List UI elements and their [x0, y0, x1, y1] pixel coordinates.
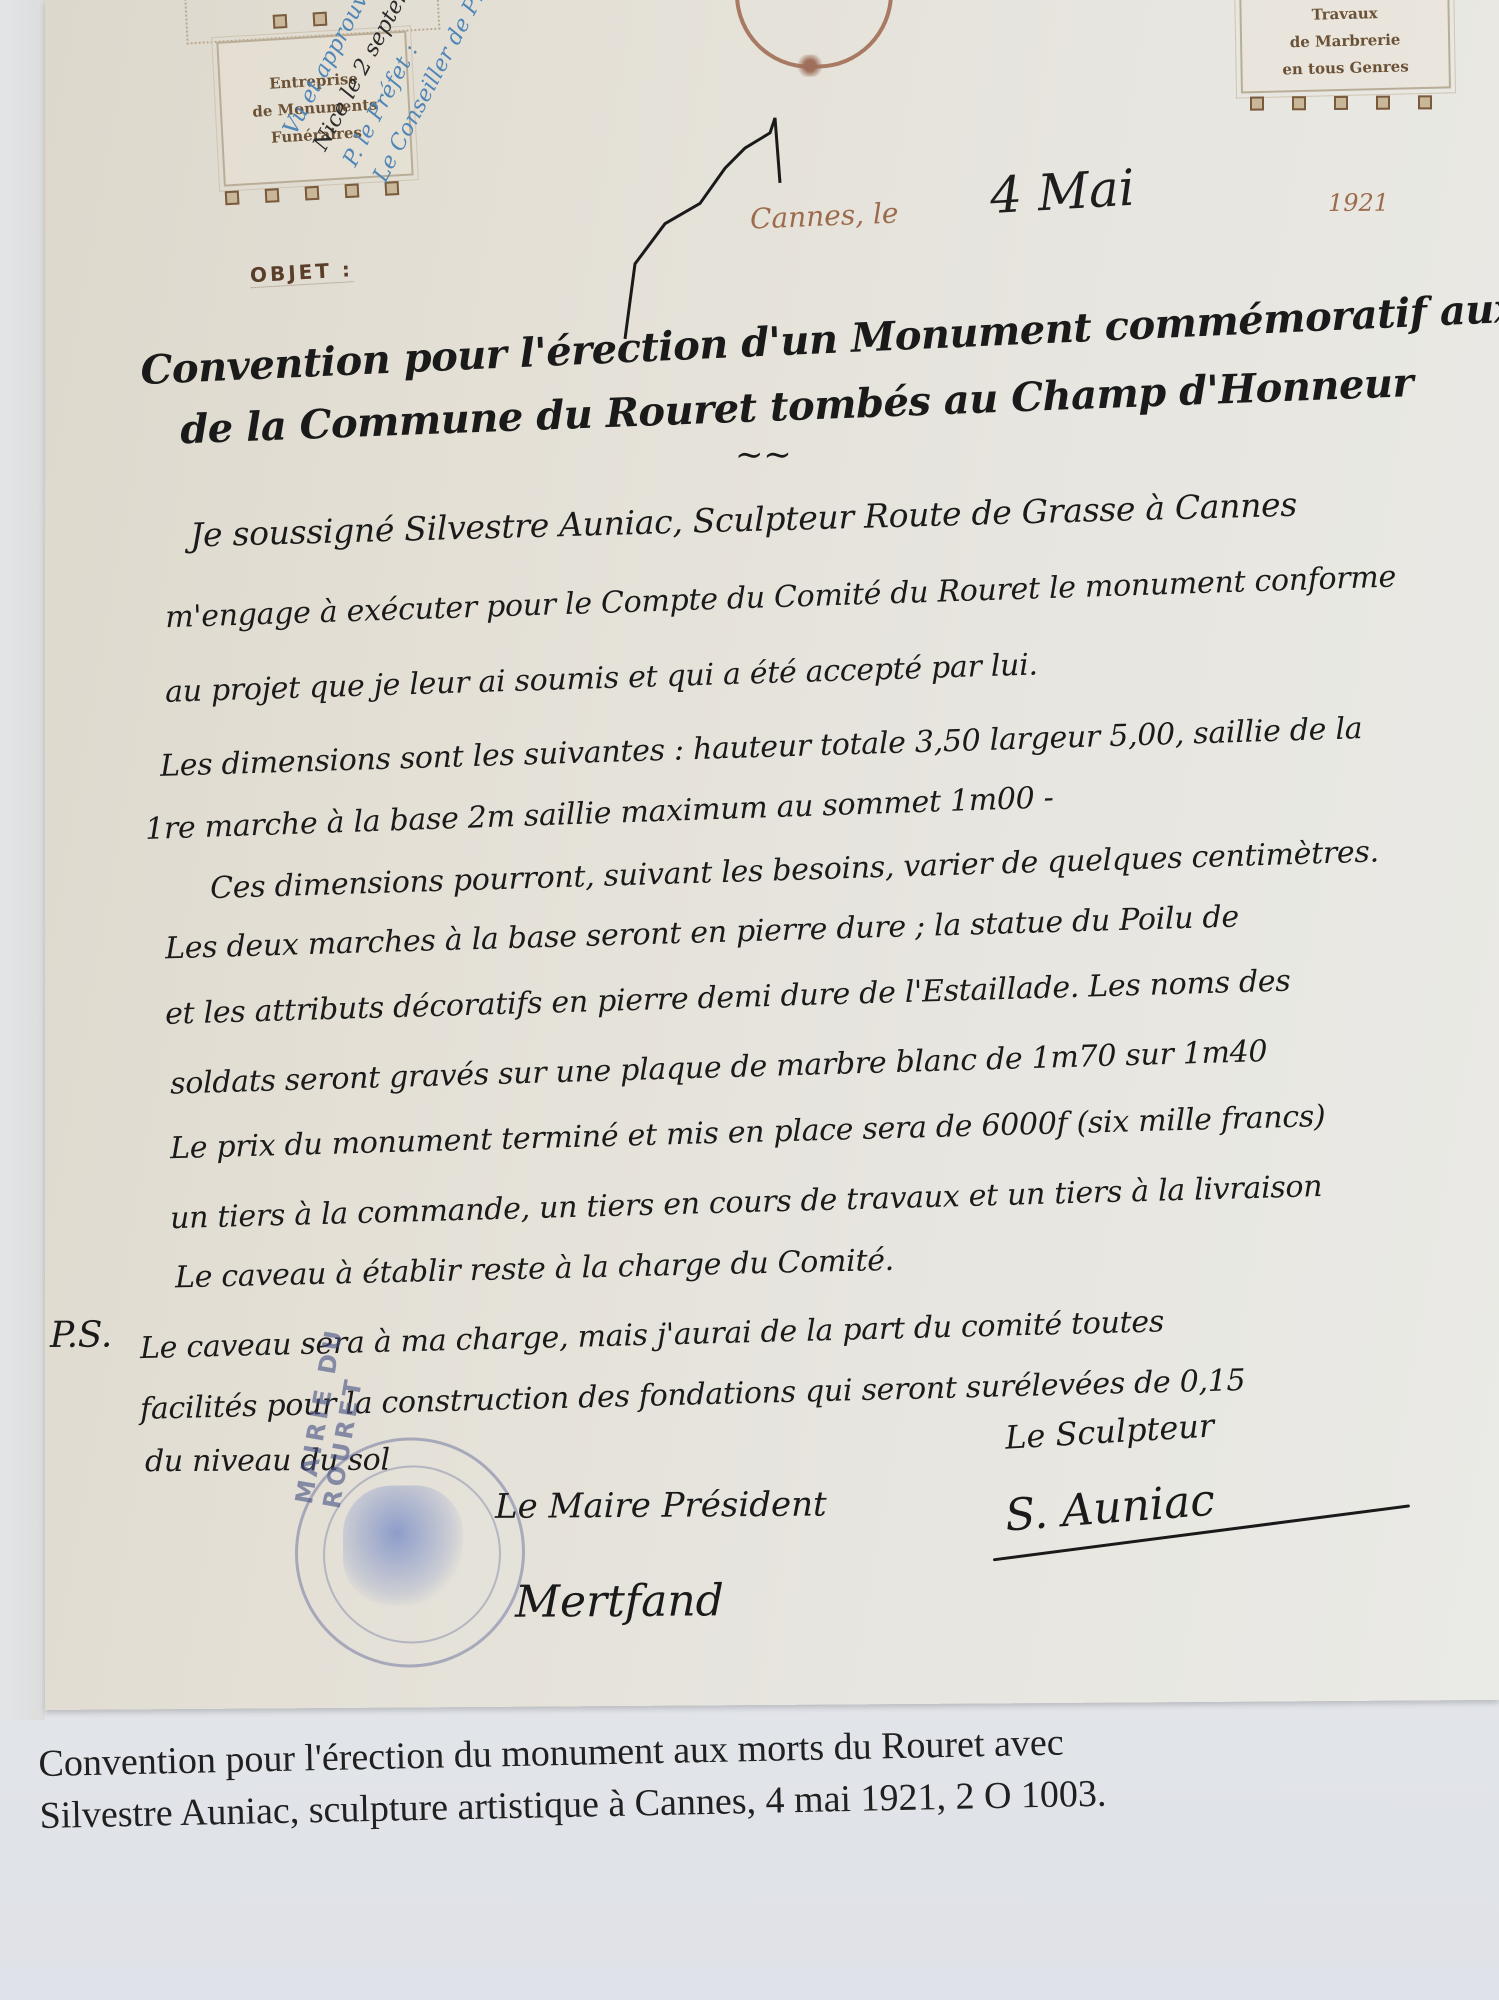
stamp-emblem-icon — [343, 1485, 463, 1606]
mayor-label: Le Maire Président — [495, 1485, 827, 1527]
date-day: 4 Mai — [989, 159, 1137, 225]
medallion-pendant-icon — [795, 55, 825, 77]
body-line: au projet que je leur ai soumis et qui a… — [165, 647, 1038, 709]
body-line: un tiers à la commande, un tiers en cour… — [170, 1169, 1323, 1236]
body-line: Les dimensions sont les suivantes : haut… — [160, 711, 1363, 784]
letterhead-right-line: en tous Genres — [1242, 52, 1448, 84]
body-line: Ces dimensions pourront, suivant les bes… — [210, 834, 1379, 906]
ps-label: P.S. — [50, 1315, 112, 1356]
letterhead-ornaments — [1250, 95, 1432, 110]
title-flourish: ~~ — [735, 435, 791, 475]
letterhead-right-box: Travaux de Marbrerie en tous Genres — [1239, 0, 1451, 93]
ps-line: Le caveau sera à ma charge, mais j'aurai… — [140, 1304, 1164, 1366]
body-line: et les attributs décoratifs en pierre de… — [165, 964, 1291, 1032]
date-year: 1921 — [1328, 189, 1389, 217]
mairie-stamp: MAIRIE DU ROURET — [295, 1437, 525, 1669]
letter-document: Entreprise de Monuments Funéraires Trava… — [45, 0, 1499, 1710]
sculptor-label: Le Sculpteur — [1004, 1406, 1215, 1456]
body-line: Les deux marches à la base seront en pie… — [165, 899, 1239, 966]
mayor-signature: Mertfand — [515, 1575, 724, 1627]
body-line: Je soussigné Silvestre Auniac, Sculpteur… — [190, 485, 1298, 555]
sculptor-signature: S. Auniac — [1003, 1475, 1216, 1542]
body-line: Le prix du monument terminé et mis en pl… — [170, 1099, 1326, 1166]
objet-label: OBJET : — [249, 257, 353, 288]
body-line: 1re marche à la base 2m saillie maximum … — [145, 780, 1054, 847]
date-place: Cannes, le — [749, 196, 899, 235]
body-line: m'engage à exécuter pour le Compte du Co… — [165, 559, 1397, 635]
page-margin — [0, 0, 45, 1720]
body-line: soldats seront gravés sur une plaque de … — [170, 1034, 1268, 1102]
body-line: Le caveau à établir reste à la charge du… — [175, 1243, 894, 1296]
